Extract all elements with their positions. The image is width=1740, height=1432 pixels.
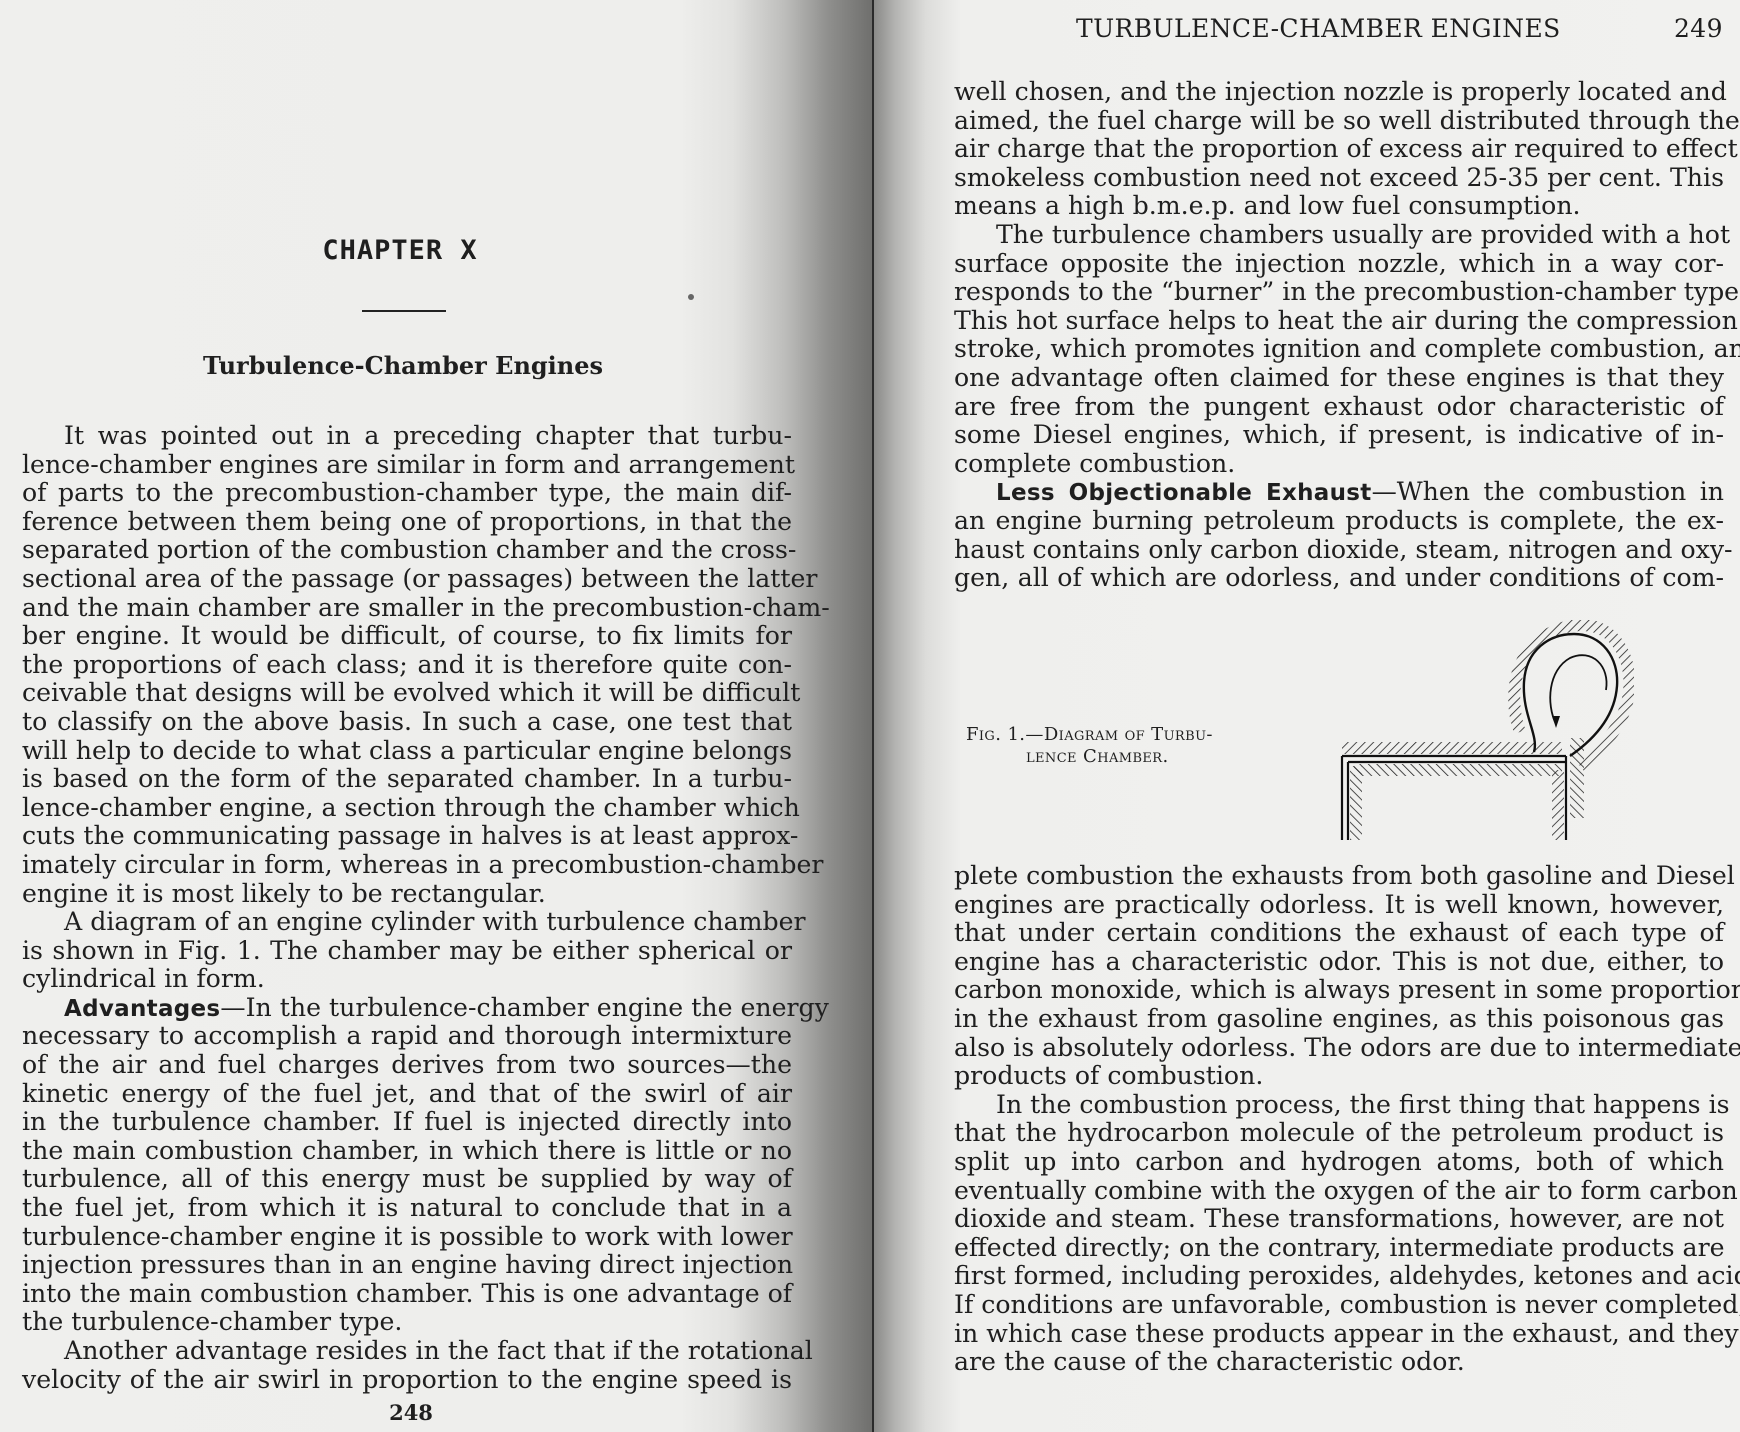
text-line: Another advantage resides in the fact th… <box>22 1337 792 1366</box>
text-line-content: in the turbulence chamber. If fuel is in… <box>22 1107 792 1136</box>
right-page-body-bottom: plete combustion the exhausts from both … <box>954 862 1724 1377</box>
text-line-content: will help to decide to what class a part… <box>22 736 792 765</box>
text-line: the proportions of each class; and it is… <box>22 651 792 680</box>
text-line-content: the proportions of each class; and it is… <box>22 650 792 679</box>
text-line-content: haust contains only carbon dioxide, stea… <box>954 535 1733 564</box>
text-line: dioxide and steam. These transformations… <box>954 1205 1724 1234</box>
text-line-content: surface opposite the injection nozzle, w… <box>954 249 1724 278</box>
text-line-content: products of combustion. <box>954 1061 1263 1090</box>
text-line-content: velocity of the air swirl in proportion … <box>22 1365 792 1394</box>
text-line: gen, all of which are odorless, and unde… <box>954 564 1724 593</box>
text-line-content: necessary to accomplish a rapid and thor… <box>22 1021 792 1050</box>
text-line-content: It was pointed out in a preceding chapte… <box>64 421 792 450</box>
left-page: CHAPTER X Turbulence-Chamber Engines It … <box>0 0 872 1432</box>
paragraph-heading: Less Objectionable Exhaust <box>996 480 1372 506</box>
text-line: velocity of the air swirl in proportion … <box>22 1366 792 1395</box>
left-page-body: It was pointed out in a preceding chapte… <box>22 422 792 1394</box>
text-line-content: means a high b.m.e.p. and low fuel consu… <box>954 191 1581 220</box>
figure-caption-line-2: lence Chamber. <box>966 746 1213 768</box>
text-line: the turbulence-chamber type. <box>22 1308 792 1337</box>
text-line: haust contains only carbon dioxide, stea… <box>954 536 1724 565</box>
figure-caption-line-1: Fig. 1.—Diagram of Turbu- <box>966 724 1213 745</box>
text-line: of the air and fuel charges derives from… <box>22 1051 792 1080</box>
text-line: turbulence, all of this energy must be s… <box>22 1165 792 1194</box>
turbulence-chamber-diagram <box>1334 620 1634 840</box>
text-line-content: turbulence, all of this energy must be s… <box>22 1164 792 1193</box>
text-line-content: dioxide and steam. These transformations… <box>954 1204 1724 1233</box>
text-line-content: smokeless combustion need not exceed 25-… <box>954 163 1724 192</box>
text-line: air charge that the proportion of excess… <box>954 135 1724 164</box>
text-line: means a high b.m.e.p. and low fuel consu… <box>954 192 1724 221</box>
chapter-rule-divider <box>362 310 446 312</box>
figure-caption: Fig. 1.—Diagram of Turbu- lence Chamber. <box>966 724 1213 768</box>
text-line: in which case these products appear in t… <box>954 1320 1724 1349</box>
text-line: is based on the form of the separated ch… <box>22 765 792 794</box>
text-line-content: are the cause of the characteristic odor… <box>954 1347 1465 1376</box>
text-line: carbon monoxide, which is always present… <box>954 976 1724 1005</box>
text-line: split up into carbon and hydrogen atoms,… <box>954 1148 1724 1177</box>
text-line-content: carbon monoxide, which is always present… <box>954 975 1740 1004</box>
text-line: cylindrical in form. <box>22 965 792 994</box>
text-line-content: complete combustion. <box>954 449 1235 478</box>
text-line: turbulence-chamber engine it is possible… <box>22 1223 792 1252</box>
text-line: Less Objectionable Exhaust—When the comb… <box>954 478 1724 507</box>
text-line: some Diesel engines, which, if present, … <box>954 421 1724 450</box>
text-line: plete combustion the exhausts from both … <box>954 862 1724 891</box>
text-line: will help to decide to what class a part… <box>22 737 792 766</box>
text-line: an engine burning petroleum products is … <box>954 507 1724 536</box>
text-line-content: turbulence-chamber engine it is possible… <box>22 1222 793 1251</box>
text-line: in the exhaust from gasoline engines, as… <box>954 1005 1724 1034</box>
text-line: In the combustion process, the first thi… <box>954 1091 1724 1120</box>
text-line: eventually combine with the oxygen of th… <box>954 1177 1724 1206</box>
text-line-content: This hot surface helps to heat the air d… <box>954 306 1738 335</box>
text-line: If conditions are unfavorable, combustio… <box>954 1291 1724 1320</box>
text-line: responds to the “burner” in the precombu… <box>954 278 1724 307</box>
text-line: in the turbulence chamber. If fuel is in… <box>22 1108 792 1137</box>
text-line-content: also is absolutely odorless. The odors a… <box>954 1033 1740 1062</box>
text-line-content: The turbulence chambers usually are prov… <box>996 220 1730 249</box>
text-line: necessary to accomplish a rapid and thor… <box>22 1022 792 1051</box>
text-line-content: responds to the “burner” in the precombu… <box>954 277 1740 306</box>
text-line-content: A diagram of an engine cylinder with tur… <box>64 907 806 936</box>
text-line-content: well chosen, and the injection nozzle is… <box>954 77 1727 106</box>
text-line: aimed, the fuel charge will be so well d… <box>954 107 1724 136</box>
figure-1: Fig. 1.—Diagram of Turbu- lence Chamber. <box>934 620 1724 840</box>
text-line: Advantages—In the turbulence-chamber eng… <box>22 994 792 1023</box>
right-page: TURBULENCE-CHAMBER ENGINES 249 well chos… <box>872 0 1740 1432</box>
text-line: that under certain conditions the exhaus… <box>954 919 1724 948</box>
text-line-content: air charge that the proportion of excess… <box>954 134 1738 163</box>
text-line-content: stroke, which promotes ignition and comp… <box>954 334 1740 363</box>
scan-speck <box>688 294 694 300</box>
text-line-content: effected directly; on the contrary, inte… <box>954 1233 1725 1262</box>
text-line: engine has a characteristic odor. This i… <box>954 948 1724 977</box>
text-line-content: imately circular in form, whereas in a p… <box>22 850 823 879</box>
text-line: ference between them being one of propor… <box>22 508 792 537</box>
page-number-left: 248 <box>0 1400 822 1425</box>
text-line-content: that the hydrocarbon molecule of the pet… <box>954 1118 1724 1147</box>
text-line-content: lence-chamber engines are similar in for… <box>22 450 795 479</box>
text-line-content: some Diesel engines, which, if present, … <box>954 420 1724 449</box>
text-line-content: Another advantage resides in the fact th… <box>64 1336 813 1365</box>
text-line: and the main chamber are smaller in the … <box>22 594 792 623</box>
text-line: effected directly; on the contrary, inte… <box>954 1234 1724 1263</box>
text-line-content: cylindrical in form. <box>22 964 265 993</box>
text-line: are free from the pungent exhaust odor c… <box>954 393 1724 422</box>
text-line-content: the main combustion chamber, in which th… <box>22 1136 792 1165</box>
text-line-content: eventually combine with the oxygen of th… <box>954 1176 1738 1205</box>
text-line-content: engine it is most likely to be rectangul… <box>22 879 546 908</box>
text-line-content: engine has a characteristic odor. This i… <box>954 947 1724 976</box>
text-line: is shown in Fig. 1. The chamber may be e… <box>22 937 792 966</box>
text-line-content: that under certain conditions the exhaus… <box>954 918 1724 947</box>
text-line-content: is based on the form of the separated ch… <box>22 764 792 793</box>
text-line-content: split up into carbon and hydrogen atoms,… <box>954 1147 1724 1176</box>
text-line-content: lence-chamber engine, a section through … <box>22 793 800 822</box>
text-line-content: ber engine. It would be difficult, of co… <box>22 621 792 650</box>
chapter-label: CHAPTER X <box>0 235 800 266</box>
text-line: engines are practically odorless. It is … <box>954 891 1724 920</box>
text-line: separated portion of the combustion cham… <box>22 536 792 565</box>
paragraph-heading: Advantages <box>64 996 220 1022</box>
text-line: imately circular in form, whereas in a p… <box>22 851 792 880</box>
text-line-content: kinetic energy of the fuel jet, and that… <box>22 1079 792 1108</box>
text-line-content: In the combustion process, the first thi… <box>996 1090 1730 1119</box>
text-line-content: —When the combustion in <box>1372 477 1724 506</box>
text-line-content: ference between them being one of propor… <box>22 507 792 536</box>
text-line-content: of the air and fuel charges derives from… <box>22 1050 792 1079</box>
text-line: into the main combustion chamber. This i… <box>22 1280 792 1309</box>
text-line: stroke, which promotes ignition and comp… <box>954 335 1724 364</box>
text-line-content: in the exhaust from gasoline engines, as… <box>954 1004 1724 1033</box>
text-line-content: to classify on the above basis. In such … <box>22 707 792 736</box>
text-line: the main combustion chamber, in which th… <box>22 1137 792 1166</box>
text-line: sectional area of the passage (or passag… <box>22 565 792 594</box>
text-line: complete combustion. <box>954 450 1724 479</box>
text-line-content: is shown in Fig. 1. The chamber may be e… <box>22 936 792 965</box>
text-line-content: gen, all of which are odorless, and unde… <box>954 563 1724 592</box>
chapter-title: Turbulence-Chamber Engines <box>0 351 806 380</box>
text-line: first formed, including peroxides, aldeh… <box>954 1262 1724 1291</box>
text-line: that the hydrocarbon molecule of the pet… <box>954 1119 1724 1148</box>
text-line-content: sectional area of the passage (or passag… <box>22 564 817 593</box>
text-line-content: aimed, the fuel charge will be so well d… <box>954 106 1740 135</box>
text-line: ber engine. It would be difficult, of co… <box>22 622 792 651</box>
text-line-content: of parts to the precombustion-chamber ty… <box>22 478 792 507</box>
text-line: This hot surface helps to heat the air d… <box>954 307 1724 336</box>
text-line: cuts the communicating passage in halves… <box>22 822 792 851</box>
text-line-content: one advantage often claimed for these en… <box>954 363 1724 392</box>
text-line: are the cause of the characteristic odor… <box>954 1348 1724 1377</box>
text-line: The turbulence chambers usually are prov… <box>954 221 1724 250</box>
text-line-content: plete combustion the exhausts from both … <box>954 861 1735 890</box>
book-spread: CHAPTER X Turbulence-Chamber Engines It … <box>0 0 1740 1432</box>
text-line: well chosen, and the injection nozzle is… <box>954 78 1724 107</box>
text-line-content: and the main chamber are smaller in the … <box>22 593 830 622</box>
text-line: the fuel jet, from which it is natural t… <box>22 1194 792 1223</box>
text-line: to classify on the above basis. In such … <box>22 708 792 737</box>
text-line-content: the fuel jet, from which it is natural t… <box>22 1193 792 1222</box>
text-line-content: If conditions are unfavorable, combustio… <box>954 1290 1740 1319</box>
text-line-content: injection pressures than in an engine ha… <box>22 1250 793 1279</box>
text-line-content: cuts the communicating passage in halves… <box>22 821 798 850</box>
text-line: one advantage often claimed for these en… <box>954 364 1724 393</box>
text-line-content: separated portion of the combustion cham… <box>22 535 796 564</box>
text-line: engine it is most likely to be rectangul… <box>22 880 792 909</box>
text-line: lence-chamber engine, a section through … <box>22 794 792 823</box>
text-line: A diagram of an engine cylinder with tur… <box>22 908 792 937</box>
text-line: ceivable that designs will be evolved wh… <box>22 679 792 708</box>
page-number-right: 249 <box>1674 14 1723 43</box>
running-head-title: TURBULENCE-CHAMBER ENGINES <box>1076 14 1561 43</box>
text-line: also is absolutely odorless. The odors a… <box>954 1034 1724 1063</box>
text-line-content: into the main combustion chamber. This i… <box>22 1279 792 1308</box>
text-line: injection pressures than in an engine ha… <box>22 1251 792 1280</box>
text-line: of parts to the precombustion-chamber ty… <box>22 479 792 508</box>
text-line-content: first formed, including peroxides, aldeh… <box>954 1261 1740 1290</box>
text-line-content: are free from the pungent exhaust odor c… <box>954 392 1724 421</box>
text-line-content: ceivable that designs will be evolved wh… <box>22 678 800 707</box>
text-line: kinetic energy of the fuel jet, and that… <box>22 1080 792 1109</box>
text-line-content: the turbulence-chamber type. <box>22 1307 402 1336</box>
text-line: It was pointed out in a preceding chapte… <box>22 422 792 451</box>
text-line-content: engines are practically odorless. It is … <box>954 890 1724 919</box>
text-line: surface opposite the injection nozzle, w… <box>954 250 1724 279</box>
text-line-content: in which case these products appear in t… <box>954 1319 1739 1348</box>
text-line: products of combustion. <box>954 1062 1724 1091</box>
text-line: lence-chamber engines are similar in for… <box>22 451 792 480</box>
right-page-body-top: well chosen, and the injection nozzle is… <box>954 78 1724 593</box>
text-line: smokeless combustion need not exceed 25-… <box>954 164 1724 193</box>
text-line-content: —In the turbulence-chamber engine the en… <box>220 993 829 1022</box>
text-line-content: an engine burning petroleum products is … <box>954 506 1724 535</box>
